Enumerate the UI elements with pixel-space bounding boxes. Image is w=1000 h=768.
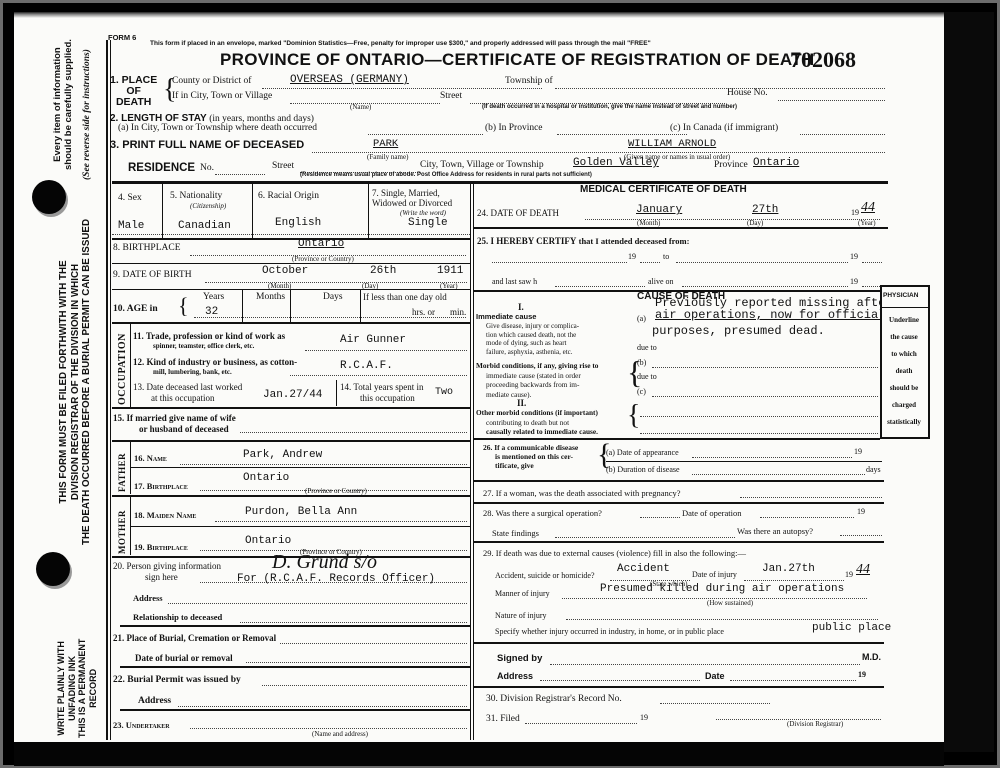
hint-text: Underline — [882, 312, 926, 329]
hint-text: Give disease, injury or complica- — [486, 322, 579, 331]
division-registrar-hint: (Division Registrar) — [787, 720, 843, 728]
burial-date-label: Date of burial or removal — [135, 653, 233, 663]
years-in-occupation-label: 14. Total years spent in this occupation — [340, 382, 423, 404]
communicable-label: 26. If a communicable disease is mention… — [483, 443, 578, 470]
medical-certificate-heading: MEDICAL CERTIFICATE OF DEATH — [580, 184, 747, 195]
signature-date-field-line[interactable] — [730, 680, 856, 681]
margin-text: RECORD — [88, 639, 99, 738]
informant-on-behalf: For (R.C.A.F. Records Officer) — [237, 573, 435, 585]
cell-divider — [252, 184, 253, 238]
label-text: spinner, teamster, office clerk, etc. — [133, 341, 285, 351]
morbid-conditions-label: Morbid conditions, if any, giving rise t… — [476, 361, 598, 399]
hrs-label: hrs. or — [412, 307, 435, 317]
state-findings-label: State findings — [492, 528, 539, 538]
punch-hole-icon — [32, 180, 66, 214]
duration-field-line[interactable] — [692, 474, 865, 475]
mother-maiden-name-field-line — [215, 521, 467, 522]
nationality-value[interactable]: Canadian — [178, 220, 231, 232]
label-text: Widowed or Divorced — [372, 198, 452, 208]
trade-value[interactable]: Air Gunner — [340, 334, 406, 346]
state-findings-field-line[interactable] — [555, 537, 735, 538]
brace: { — [627, 402, 640, 430]
row-divider — [474, 686, 884, 688]
cause-b-field-line[interactable] — [652, 367, 878, 368]
header-divider — [112, 181, 888, 184]
hint-text: mode of dying, such as heart — [486, 339, 579, 348]
father-name-field-line — [180, 464, 467, 465]
burial-place-label: 21. Place of Burial, Cremation or Remova… — [113, 633, 276, 643]
age-label: 10. AGE in — [113, 304, 158, 314]
injury-place-value[interactable]: public place — [812, 622, 891, 634]
burial-permit-field-line[interactable] — [262, 685, 467, 686]
manner-of-injury-value[interactable]: Presumed killed during air operations — [600, 583, 844, 595]
physician-note: Underline the cause to which death shoul… — [882, 312, 926, 431]
row-divider — [112, 407, 470, 409]
nature-of-injury-field-line[interactable] — [566, 619, 878, 620]
injury-year-value[interactable]: 44 — [856, 562, 870, 578]
row-divider — [131, 526, 470, 527]
burial-permit-label: 22. Burial Permit was issued by — [113, 675, 241, 685]
margin-text: UNFADING INK — [67, 639, 78, 738]
injury-place-label: Specify whether injury occurred in indus… — [495, 627, 724, 636]
surgical-operation-question: 28. Was there a surgical operation? — [483, 508, 602, 518]
residence-label: RESIDENCE — [128, 162, 195, 174]
nineteen-label: 19 — [628, 252, 636, 261]
label-text: 20. Person giving information — [113, 561, 221, 572]
signed-by-label: Signed by — [497, 653, 542, 664]
accident-value[interactable]: Accident — [617, 563, 670, 575]
county-label: County or District of — [172, 76, 251, 86]
township-field-line[interactable] — [555, 88, 885, 89]
cell-divider — [368, 184, 369, 238]
dod-year-prefix: 19 — [851, 208, 859, 217]
given-names-value[interactable]: WILLIAM ARNOLD — [628, 138, 716, 150]
birthplace-hint: (Province or Country) — [292, 255, 354, 263]
family-name-hint: (Family name) — [367, 153, 408, 161]
industry-field-line — [290, 375, 467, 376]
residence-city-value[interactable]: Golden Valley — [573, 157, 659, 169]
residence-province-value[interactable]: Ontario — [753, 157, 799, 169]
margin-instructions-note: (See reverse side for instructions) — [82, 49, 92, 180]
margin-text: WRITE PLAINLY WITH — [56, 639, 67, 738]
signature-date-label: Date — [705, 671, 725, 681]
nineteen-label: 19 — [850, 252, 858, 261]
father-name-label: 16. Name — [134, 453, 167, 463]
cell-divider — [336, 380, 337, 406]
stay-city-label: (a) In City, Town or Township where deat… — [118, 123, 317, 133]
burial-permit-address-field-line[interactable] — [178, 706, 467, 707]
relationship-label: Relationship to deceased — [133, 612, 222, 622]
injury-year-prefix: 19 — [845, 570, 853, 579]
days-label: days — [866, 465, 881, 474]
other-conditions-field-line[interactable] — [640, 416, 878, 417]
relationship-field-line[interactable] — [240, 622, 467, 623]
mother-birthplace-label: 19. Birthplace — [134, 542, 188, 552]
autopsy-field-line[interactable] — [840, 535, 882, 536]
dob-year-value[interactable]: 1911 — [437, 265, 463, 277]
nationality-label: 5. Nationality — [170, 191, 222, 201]
other-conditions-field-line[interactable] — [640, 433, 878, 434]
margin-text: Every item of information — [52, 39, 63, 170]
family-name-value[interactable]: PARK — [373, 138, 398, 150]
stay-canada-label: (c) In Canada (if immigrant) — [670, 123, 778, 133]
row-divider — [112, 289, 470, 290]
date-of-appearance-field-line[interactable] — [692, 457, 852, 458]
label-text: Morbid conditions, if any, giving rise t… — [476, 361, 598, 371]
date-of-death-label: 24. DATE OF DEATH — [477, 208, 559, 218]
certify-label: 25. I HEREBY CERTIFY that I attended dec… — [477, 236, 689, 246]
injury-date-value[interactable]: Jan.27th — [762, 563, 815, 575]
row-divider — [120, 709, 470, 711]
informant-signature: D. Grund s/o — [272, 551, 377, 574]
margin-rule — [106, 40, 108, 740]
autopsy-label: Was there an autopsy? — [737, 526, 813, 536]
burial-place-field-line[interactable] — [280, 643, 467, 644]
nineteen-label: 19 — [850, 277, 858, 286]
street-label: Street — [440, 91, 462, 101]
row-divider — [474, 227, 888, 229]
nationality-hint: (Citizenship) — [190, 202, 226, 210]
margin-info-note: Every item of information should be care… — [52, 39, 74, 170]
hint-text: failure, asphyxia, asthenia, etc. — [486, 348, 579, 357]
row-divider — [131, 467, 470, 468]
spouse-field-line[interactable] — [240, 432, 467, 433]
county-value[interactable]: OVERSEAS (GERMANY) — [290, 74, 409, 86]
label-text: mediate cause). — [476, 390, 598, 400]
row-divider — [112, 322, 470, 324]
field-line[interactable] — [862, 286, 882, 287]
field-line[interactable] — [640, 262, 660, 263]
row-divider — [112, 440, 470, 442]
row-divider — [474, 480, 884, 482]
name-hint: (Name) — [350, 103, 371, 111]
label-text: this occupation — [340, 393, 423, 404]
row-divider — [120, 666, 470, 668]
label-text: contributing to death but not — [476, 418, 598, 428]
sex-value[interactable]: Male — [118, 220, 144, 232]
nature-of-injury-label: Nature of injury — [495, 611, 547, 620]
label-text: 15. If married give name of wife — [113, 413, 236, 424]
alive-on-field-line[interactable] — [682, 286, 848, 287]
label-text: 26. If a communicable disease — [483, 443, 578, 452]
scan-shadow-right — [944, 12, 994, 752]
row-divider — [880, 307, 928, 308]
racial-origin-label: 6. Racial Origin — [258, 191, 319, 201]
how-sustained-hint: (How sustained) — [707, 599, 753, 607]
nineteen-label: 19 — [858, 670, 866, 679]
row-divider — [474, 438, 880, 440]
label-text: or husband of deceased — [113, 424, 236, 435]
industry-label: 12. Kind of industry or business, as cot… — [133, 357, 297, 377]
margin-ink-note: WRITE PLAINLY WITH UNFADING INK THIS IS … — [56, 639, 98, 738]
punch-hole-icon — [36, 552, 70, 586]
county-field-line — [262, 88, 542, 89]
signature-address-field-line[interactable] — [540, 680, 700, 681]
field-line[interactable] — [862, 262, 882, 263]
less-than-day-label: If less than one day old — [363, 292, 447, 302]
last-worked-value[interactable]: Jan.27/44 — [263, 389, 322, 401]
residence-city-label: City, Town, Village or Township — [420, 160, 544, 170]
min-label: min. — [450, 307, 466, 317]
father-name-value[interactable]: Park, Andrew — [243, 449, 322, 461]
dob-month-value[interactable]: October — [262, 265, 308, 277]
residence-hint: (Residence means usual place of abode. P… — [300, 172, 592, 178]
row-divider — [474, 642, 884, 644]
label-text: that I attended deceased from: — [579, 236, 690, 246]
paper-top-edge — [14, 12, 944, 18]
residence-no-field-line[interactable] — [215, 174, 265, 175]
industry-value[interactable]: R.C.A.F. — [340, 360, 393, 372]
label-text: immediate cause (stated in order — [476, 371, 598, 381]
date-of-operation-field-line[interactable] — [760, 517, 854, 518]
label-text: 7. Single, Married, — [372, 188, 452, 198]
birthplace-value[interactable]: Ontario — [298, 238, 344, 250]
place-of-death-label: 1. PLACE OF DEATH — [110, 75, 157, 108]
injury-date-field-line — [744, 580, 844, 581]
hospital-hint: (If death occurred in a hospital or inst… — [482, 104, 737, 110]
pregnancy-question: 27. If a woman, was the death associated… — [483, 488, 681, 498]
stay-city-field-line[interactable] — [368, 134, 483, 135]
scan-shadow-bottom — [14, 742, 944, 766]
marital-status-label: 7. Single, Married, Widowed or Divorced … — [372, 188, 452, 218]
last-saw-field-line[interactable] — [555, 286, 645, 287]
column-divider — [473, 184, 474, 740]
dod-day-value[interactable]: 27th — [752, 204, 778, 216]
accident-label: Accident, suicide or homicide? — [495, 571, 595, 580]
label-text: DEATH — [110, 97, 157, 108]
years-in-occupation-value[interactable]: Two — [435, 387, 453, 398]
hint-text: death — [882, 363, 926, 380]
injury-date-label: Date of injury — [692, 570, 737, 579]
racial-origin-value[interactable]: English — [275, 217, 321, 229]
row-divider — [474, 502, 884, 504]
other-conditions-label: Other morbid conditions (if important) c… — [476, 408, 598, 437]
mother-maiden-name-value[interactable]: Purdon, Bella Ann — [245, 506, 357, 518]
full-name-label: 3. PRINT FULL NAME OF DECEASED — [110, 139, 304, 151]
margin-text: THE DEATH OCCURRED BEFORE A BURIAL PERMI… — [81, 219, 93, 545]
due-to-label: due to — [637, 372, 657, 381]
dob-day-value[interactable]: 26th — [370, 265, 396, 277]
month-hint: (Month) — [637, 219, 660, 227]
occupation-section-label: OCCUPATION — [117, 333, 128, 405]
township-label: Township of — [505, 76, 553, 86]
due-to-label: due to — [637, 343, 657, 352]
house-no-label: House No. — [727, 88, 768, 98]
row-divider — [120, 625, 470, 627]
registrar-record-label: 30. Division Registrar's Record No. — [486, 694, 622, 704]
filed-label: 31. Filed — [486, 714, 520, 724]
informant-label: 20. Person giving information sign here — [113, 561, 221, 583]
section-divider — [130, 323, 131, 407]
label-text: tificate, give — [483, 461, 578, 470]
date-of-birth-field-line — [205, 282, 467, 283]
row-divider — [112, 238, 470, 240]
label-text: proceeding backwards from im- — [476, 380, 598, 390]
field-line — [112, 234, 470, 235]
manner-of-injury-label: Manner of injury — [495, 589, 550, 598]
mailing-note: This form if placed in an envelope, mark… — [150, 40, 651, 47]
cause-b-label: (b) — [637, 358, 646, 367]
hint-text: should be — [882, 380, 926, 397]
margin-text: THIS FORM MUST BE FILED FORTHWITH WITH T… — [58, 219, 70, 545]
last-saw-label: and last saw h — [492, 277, 537, 286]
mother-birthplace-value[interactable]: Ontario — [245, 535, 291, 547]
marital-status-value[interactable]: Single — [408, 217, 448, 229]
signature-address-label: Address — [497, 671, 533, 681]
cause-c-label: (c) — [637, 387, 646, 396]
trade-label: 11. Trade, profession or kind of work as… — [133, 331, 285, 351]
roman-two: II. — [517, 398, 526, 408]
burial-date-field-line[interactable] — [246, 662, 467, 663]
cause-c-field-line[interactable] — [652, 396, 878, 397]
undertaker-hint: (Name and address) — [312, 730, 368, 738]
hint-text: the cause — [882, 329, 926, 346]
attended-to-field-line[interactable] — [676, 262, 848, 263]
row-divider — [112, 263, 470, 264]
age-months-label: Months — [256, 292, 285, 302]
registrar-record-field-line[interactable] — [660, 703, 770, 704]
stay-canada-field-line[interactable] — [800, 134, 885, 135]
date-of-operation-label: Date of operation — [682, 508, 741, 518]
stay-province-label: (b) In Province — [485, 123, 543, 133]
to-label: to — [663, 252, 669, 261]
margin-text: THIS IS A PERMANENT — [77, 639, 88, 738]
form-number: FORM 6 — [108, 33, 136, 42]
label-text: mill, lumbering, bank, etc. — [133, 367, 297, 377]
undertaker-label: 23. Undertaker — [113, 720, 170, 730]
row-divider — [606, 461, 882, 462]
alive-on-label: alive on — [648, 277, 674, 286]
undertaker-field-line[interactable] — [190, 728, 467, 729]
residence-no-label: No. — [200, 163, 214, 173]
certificate-title: PROVINCE OF ONTARIO—CERTIFICATE OF REGIS… — [220, 50, 814, 70]
burial-permit-address-label: Address — [138, 696, 171, 706]
father-birthplace-value[interactable]: Ontario — [243, 472, 289, 484]
row-divider — [474, 541, 884, 543]
age-years-label: Years — [203, 292, 224, 302]
cause-a-line3[interactable]: purposes, presumed dead. — [652, 324, 825, 338]
certificate-number: 702068 — [790, 47, 856, 73]
sex-label: 4. Sex — [118, 193, 142, 203]
dod-month-value[interactable]: January — [636, 204, 682, 216]
physician-heading: PHYSICIAN — [883, 292, 918, 299]
mother-maiden-name-label: 18. Maiden Name — [134, 510, 196, 520]
label-text: is mentioned on this cer- — [483, 452, 578, 461]
hint-text: statistically — [882, 414, 926, 431]
residence-street-label: Street — [272, 161, 294, 171]
age-days-label: Days — [323, 292, 343, 302]
attended-from-field-line[interactable] — [492, 262, 627, 263]
informant-address-label: Address — [133, 593, 163, 603]
mother-section-label: MOTHER — [117, 510, 127, 554]
label-text: causally related to immediate cause. — [476, 427, 598, 437]
external-causes-label: 29. If death was due to external causes … — [483, 548, 746, 558]
roman-one: I. — [518, 302, 524, 312]
label-text: at this occupation — [133, 393, 242, 404]
label-text: 12. Kind of industry or business, as cot… — [133, 357, 297, 367]
cause-a-label: (a) — [637, 314, 646, 323]
nineteen-label: 19 — [854, 447, 862, 456]
margin-text: should be carefully supplied. — [63, 39, 74, 170]
label-text: 11. Trade, profession or kind of work as — [133, 331, 285, 341]
label-text: 13. Date deceased last worked — [133, 382, 242, 393]
last-worked-label: 13. Date deceased last worked at this oc… — [133, 382, 242, 404]
birthplace-label: 8. BIRTHPLACE — [113, 243, 181, 253]
hint-text: tion which caused death, not the — [486, 331, 579, 340]
signed-by-field-line[interactable] — [550, 664, 860, 665]
row-divider — [112, 495, 470, 497]
cause-a-line2[interactable]: air operations, now for official — [655, 308, 885, 322]
label-text: 14. Total years spent in — [340, 382, 423, 393]
label-text: 25. I HEREBY CERTIFY — [477, 236, 576, 246]
day-hint: (Day) — [747, 219, 763, 227]
date-of-appearance-label: (a) Date of appearance — [606, 448, 679, 457]
pregnancy-field-line[interactable] — [740, 497, 882, 498]
immediate-cause-hint: Give disease, injury or complica- tion w… — [486, 322, 579, 356]
father-section-label: FATHER — [117, 453, 127, 492]
date-of-death-field-line — [585, 219, 880, 220]
stay-province-field-line[interactable] — [557, 134, 687, 135]
age-field-line — [194, 317, 466, 318]
column-divider — [470, 184, 471, 740]
cell-divider — [162, 184, 163, 238]
dod-year-value[interactable]: 44 — [861, 200, 875, 216]
surgical-operation-field-line[interactable] — [640, 517, 680, 518]
margin-text: DIVISION REGISTRAR OF THE DIVISION IN WH… — [70, 219, 82, 545]
informant-address-field-line[interactable] — [168, 603, 467, 604]
margin-filing-note: THIS FORM MUST BE FILED FORTHWITH WITH T… — [58, 219, 93, 545]
nineteen-label: 19 — [857, 507, 865, 516]
hint-text: to which — [882, 346, 926, 363]
brace: { — [178, 294, 189, 318]
immediate-cause-label: Immediate cause — [476, 312, 536, 321]
house-no-field-line[interactable] — [778, 100, 885, 101]
label-text: Other morbid conditions (if important) — [476, 408, 598, 418]
city-label: If in City, Town or Village — [172, 91, 272, 101]
spouse-label: 15. If married give name of wife or husb… — [113, 413, 236, 435]
date-of-birth-label: 9. DATE OF BIRTH — [113, 270, 192, 280]
father-birthplace-label: 17. Birthplace — [134, 481, 188, 491]
nineteen-label: 19 — [640, 713, 648, 722]
trade-field-line — [305, 350, 467, 351]
hint-text: charged — [882, 397, 926, 414]
father-birthplace-hint: (Province or Country) — [305, 487, 367, 495]
filed-field-line[interactable] — [525, 723, 637, 724]
year-hint: (Year) — [858, 219, 876, 227]
md-label: M.D. — [862, 652, 881, 662]
duration-label: (b) Duration of disease — [606, 465, 680, 474]
residence-province-label: Province — [714, 160, 748, 170]
